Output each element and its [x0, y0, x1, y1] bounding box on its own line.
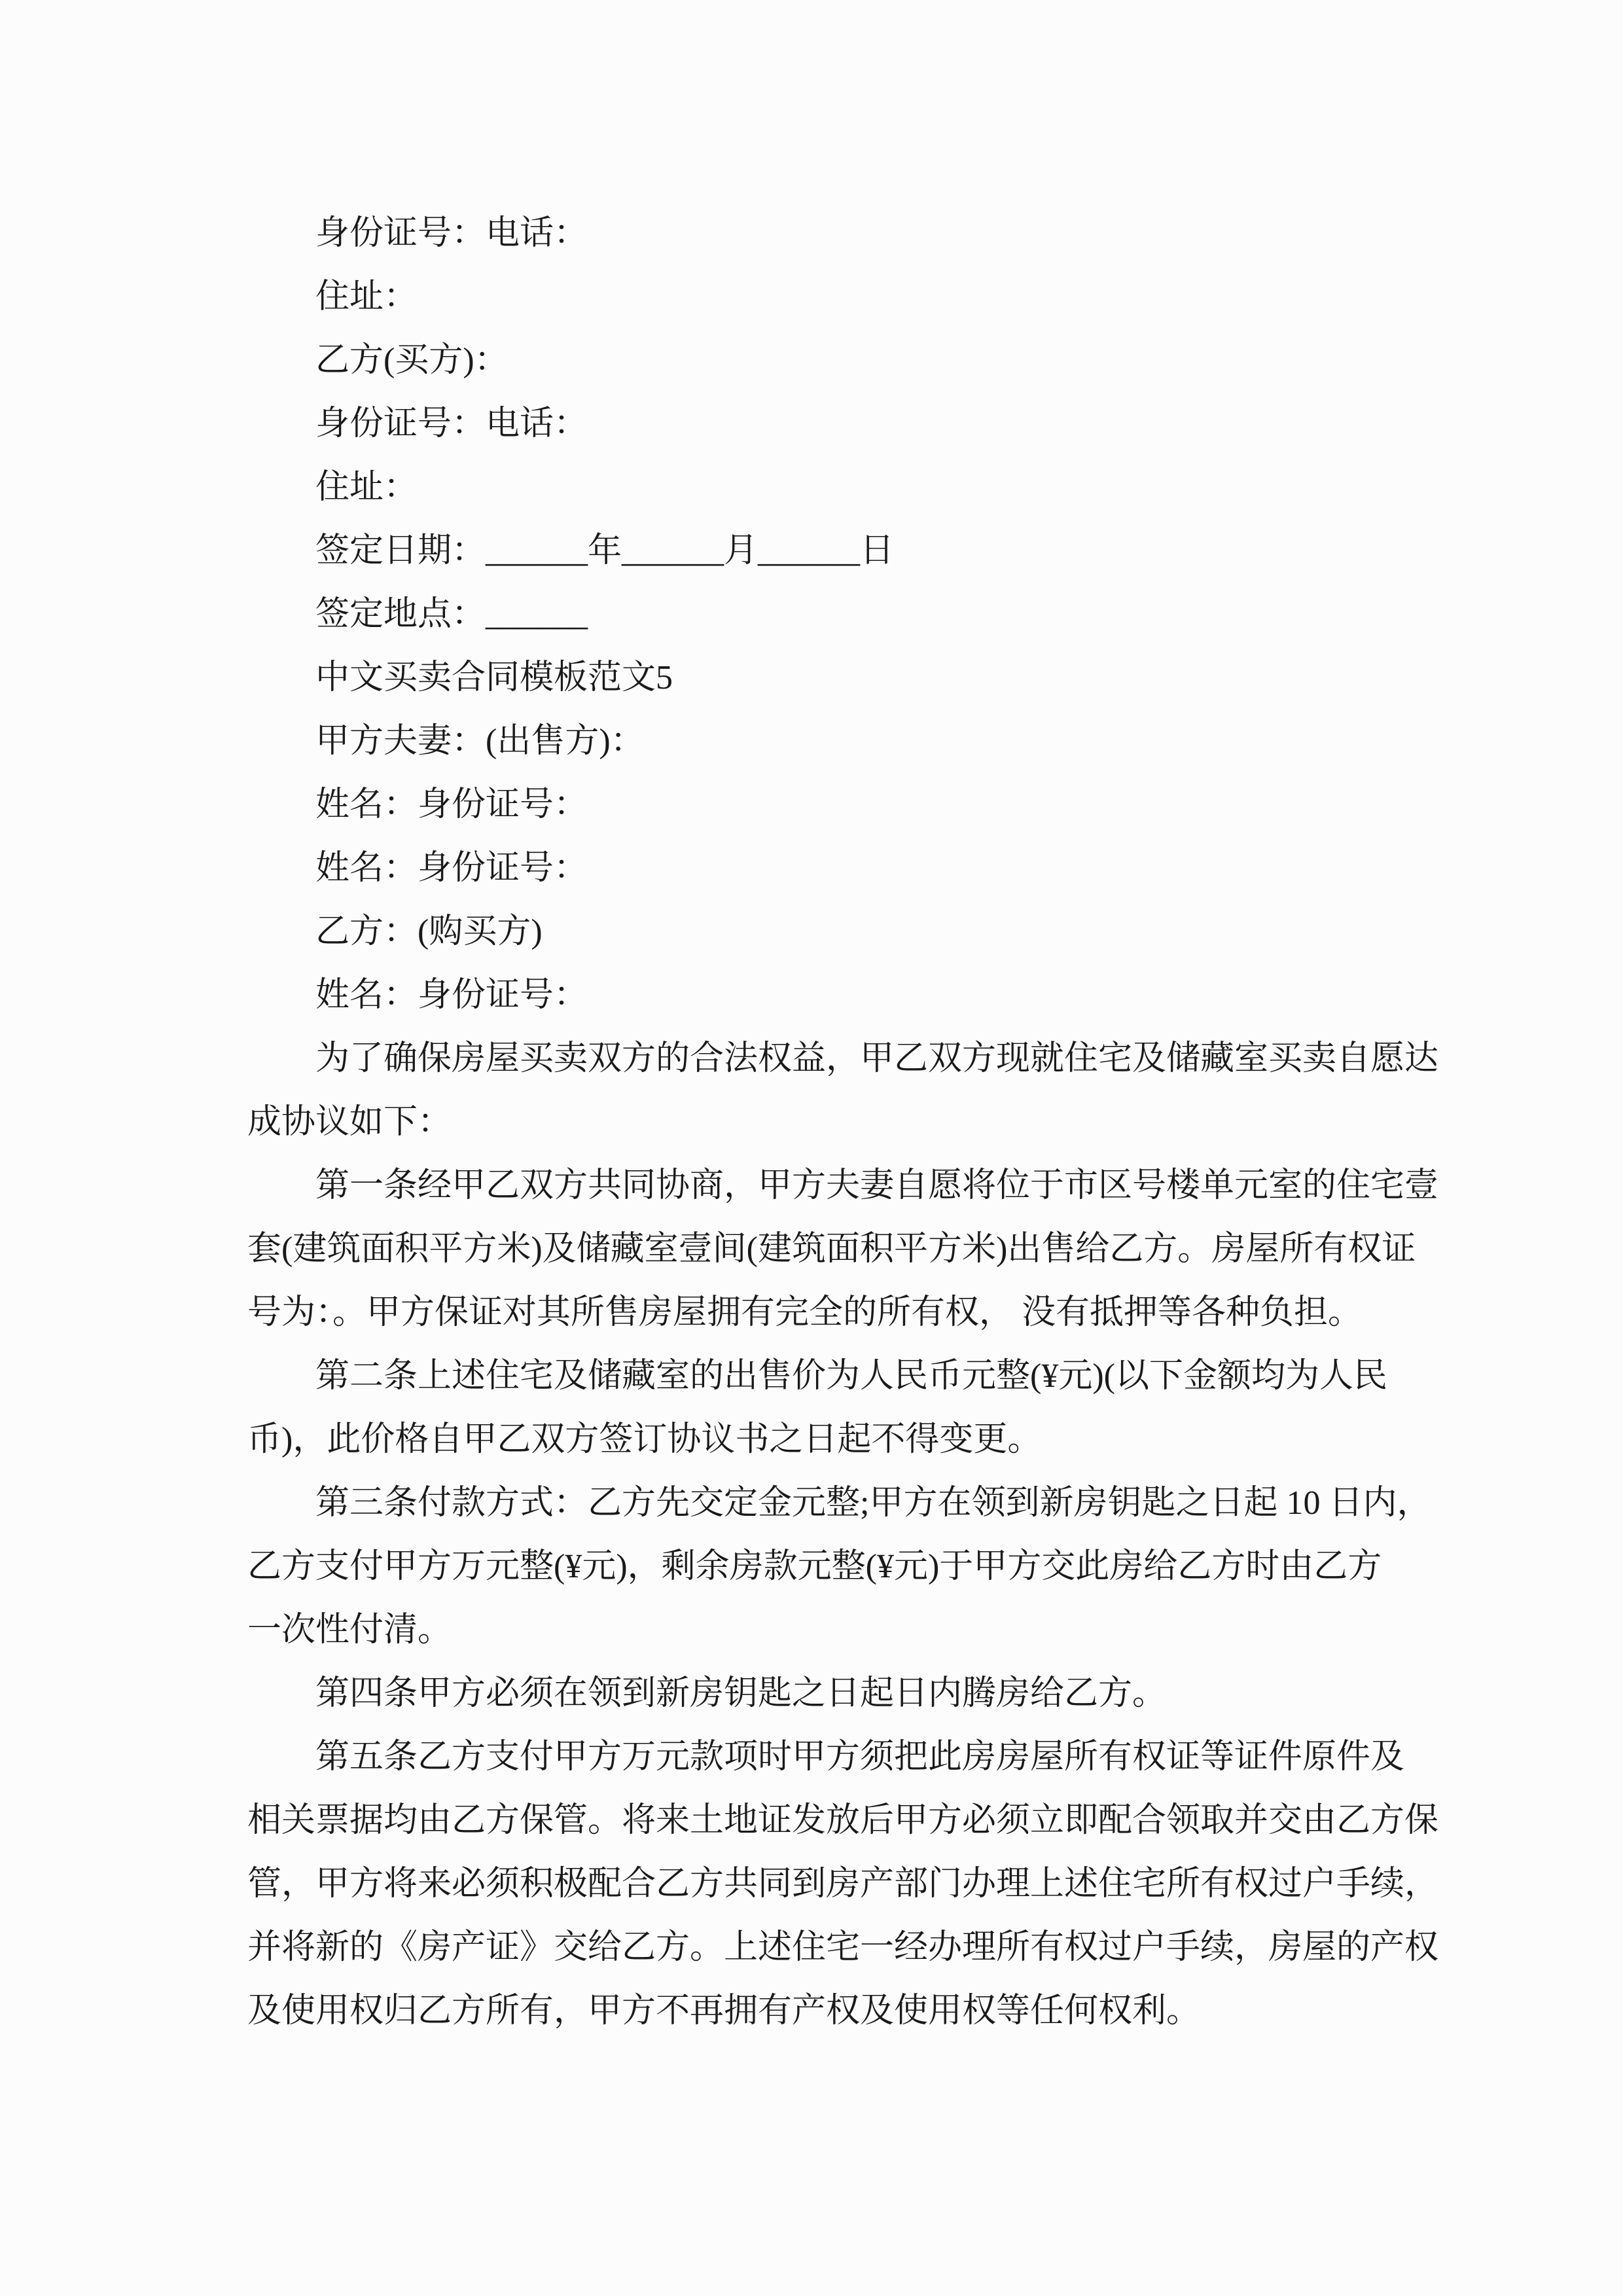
doc-line-party-b-purchaser: 乙方：(购买方): [247, 900, 1406, 963]
doc-line-clause-1-cont: 套(建筑面积平方米)及储藏室壹间(建筑面积平方米)出售给乙方。房屋所有权证: [247, 1217, 1406, 1281]
doc-line-preamble-cont: 成协议如下：: [247, 1090, 1406, 1154]
doc-line-clause-3-cont: 一次性付清。: [247, 1598, 1406, 1662]
doc-line-clause-1-cont: 号为：。甲方保证对其所售房屋拥有完全的所有权， 没有抵押等各种负担。: [247, 1281, 1406, 1344]
doc-line-party-b-buyer: 乙方(买方)：: [247, 329, 1406, 392]
doc-line-signing-date: 签定日期：______年______月______日: [247, 519, 1406, 583]
doc-line-clause-5-cont: 并将新的《房产证》交给乙方。上述住宅一经办理所有权过户手续，房屋的产权: [247, 1916, 1406, 1979]
contract-text-body: 身份证号：电话： 住址： 乙方(买方)： 身份证号：电话： 住址： 签定日期：_…: [247, 202, 1406, 2043]
doc-line-clause-3-cont: 乙方支付甲方万元整(¥元)，剩余房款元整(¥元)于甲方交此房给乙方时由乙方: [247, 1535, 1406, 1598]
doc-line-party-a-seller: 甲方夫妻：(出售方)：: [247, 709, 1406, 773]
doc-line-clause-2-cont: 币)，此价格自甲乙双方签订协议书之日起不得变更。: [247, 1408, 1406, 1471]
doc-line-clause-5: 第五条乙方支付甲方万元款项时甲方须把此房房屋所有权证等证件原件及: [247, 1725, 1406, 1789]
doc-line-name-id: 姓名：身份证号：: [247, 836, 1406, 900]
doc-line-clause-5-cont: 管，甲方将来必须积极配合乙方共同到房产部门办理上述住宅所有权过户手续，: [247, 1852, 1406, 1916]
doc-line-clause-5-cont: 及使用权归乙方所有，甲方不再拥有产权及使用权等任何权利。: [247, 1979, 1406, 2043]
doc-line-name-id: 姓名：身份证号：: [247, 963, 1406, 1027]
doc-line-preamble: 为了确保房屋买卖双方的合法权益，甲乙双方现就住宅及储藏室买卖自愿达: [247, 1027, 1406, 1090]
doc-line-clause-5-cont: 相关票据均由乙方保管。将来土地证发放后甲方必须立即配合领取并交由乙方保: [247, 1789, 1406, 1852]
doc-line-id-phone: 身份证号：电话：: [247, 202, 1406, 265]
doc-line-address: 住址：: [247, 265, 1406, 329]
contract-page: 身份证号：电话： 住址： 乙方(买方)： 身份证号：电话： 住址： 签定日期：_…: [0, 0, 1623, 2296]
doc-line-clause-1: 第一条经甲乙双方共同协商，甲方夫妻自愿将位于市区号楼单元室的住宅壹: [247, 1154, 1406, 1217]
doc-line-signing-place: 签定地点：______: [247, 583, 1406, 646]
doc-line-clause-2: 第二条上述住宅及储藏室的出售价为人民币元整(¥元)(以下金额均为人民: [247, 1344, 1406, 1408]
doc-line-name-id: 姓名：身份证号：: [247, 773, 1406, 836]
doc-line-clause-4: 第四条甲方必须在领到新房钥匙之日起日内腾房给乙方。: [247, 1662, 1406, 1725]
doc-line-clause-3: 第三条付款方式：乙方先交定金元整;甲方在领到新房钥匙之日起 10 日内，: [247, 1471, 1406, 1535]
doc-line-id-phone: 身份证号：电话：: [247, 392, 1406, 456]
doc-line-address: 住址：: [247, 456, 1406, 519]
doc-line-template-title: 中文买卖合同模板范文5: [247, 646, 1406, 709]
